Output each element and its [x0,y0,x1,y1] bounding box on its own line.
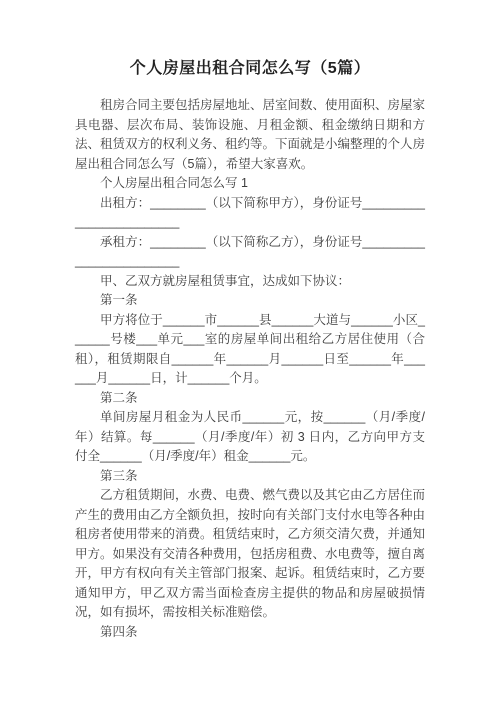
lessor-blank-line: 出租方：________（以下简称甲方），身份证号_______________… [75,194,425,233]
intro-paragraph: 租房合同主要包括房屋地址、居室间数、使用面积、房屋家具电器、层次布局、装饰设施、… [75,96,425,174]
clause-2-body: 单间房屋月租金为人民币______元，按______（月/季度/年）结算。每__… [75,408,425,467]
clause-1-body: 甲方将位于______市______县______大道与______小区____… [75,311,425,389]
document-page: 个人房屋出租合同怎么写（5篇） 租房合同主要包括房屋地址、居室间数、使用面积、房… [0,0,500,707]
clause-1-heading: 第一条 [75,291,425,311]
section-1-heading: 个人房屋出租合同怎么写 1 [75,174,425,194]
clause-3-heading: 第三条 [75,467,425,487]
clause-2-heading: 第二条 [75,389,425,409]
document-title: 个人房屋出租合同怎么写（5篇） [75,57,425,81]
agreement-intro-line: 甲、乙双方就房屋租赁事宜，达成如下协议： [75,272,425,292]
clause-3-body: 乙方租赁期间，水费、电费、燃气费以及其它由乙方居住而产生的费用由乙方全额负担，按… [75,486,425,623]
clause-4-heading: 第四条 [75,623,425,643]
lessee-blank-line: 承租方：________（以下简称乙方），身份证号_______________… [75,233,425,272]
